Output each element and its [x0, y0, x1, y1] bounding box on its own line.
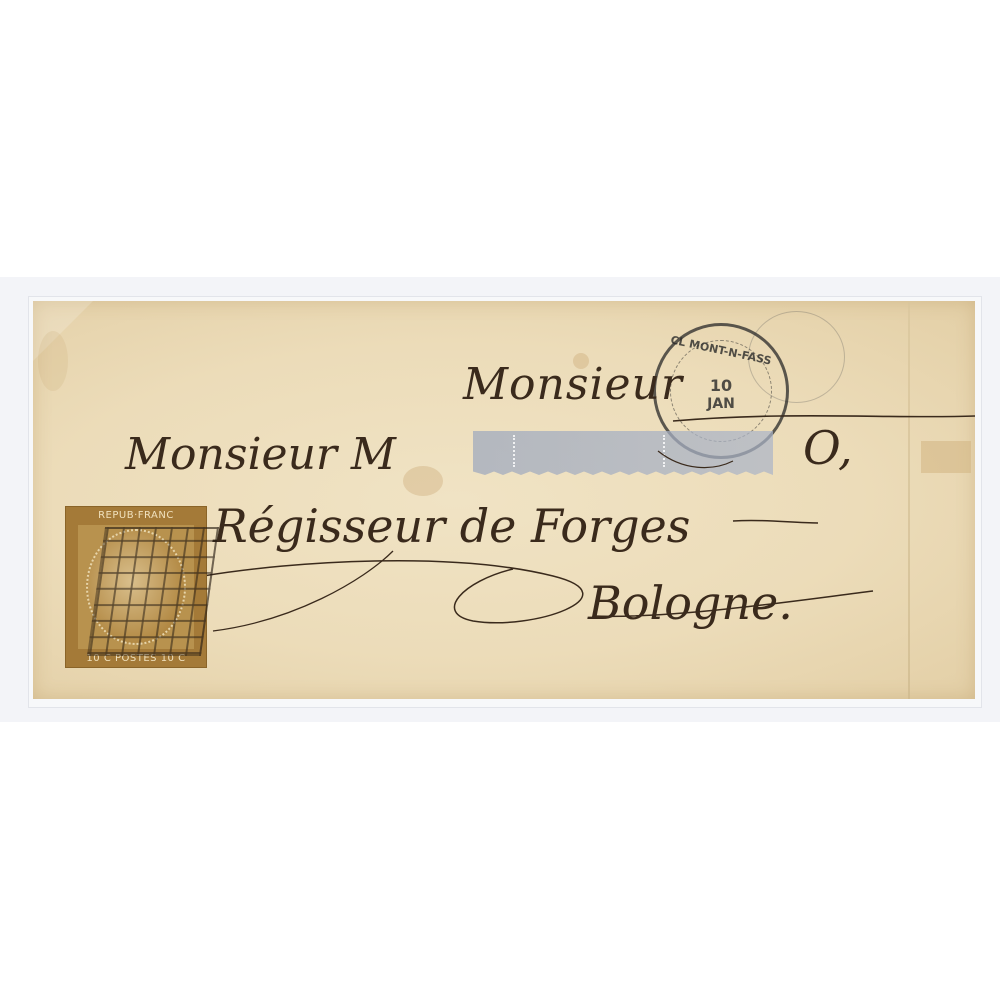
tape-perforation — [663, 435, 665, 467]
stain — [403, 466, 443, 496]
address-line-1: Monsieur — [463, 359, 683, 410]
postage-stamp: REPUB·FRANC 10 C POSTES 10 C — [65, 506, 207, 668]
fold-line — [908, 301, 910, 699]
address-line-2: Monsieur M — [125, 429, 396, 480]
address-line-2-end: O, — [803, 421, 853, 475]
envelope: CL MONT-N-FASS 10 JAN Monsieur Monsieur … — [33, 301, 975, 699]
paper-patch — [921, 441, 971, 473]
stain — [38, 331, 68, 391]
tape-strip — [473, 431, 773, 475]
stamp-country-label: REPUB·FRANC — [66, 510, 206, 521]
grid-cancellation — [87, 527, 219, 656]
address-line-4: Bologne. — [588, 576, 793, 630]
tape-perforation — [513, 435, 515, 467]
address-line-3: Régisseur de Forges — [213, 499, 690, 553]
